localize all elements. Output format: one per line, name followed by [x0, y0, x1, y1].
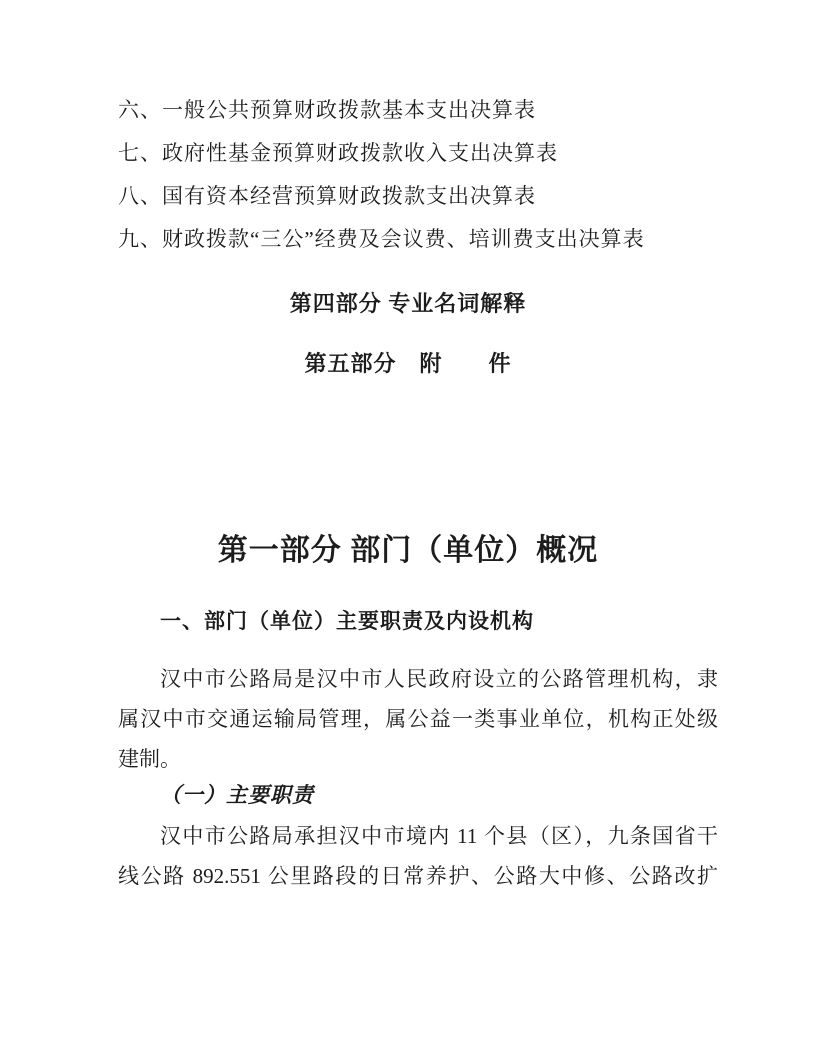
paragraph-line: 汉中市公路局承担汉中市境内 11 个县（区），九条国省干 [118, 816, 718, 856]
paragraph-1: 汉中市公路局是汉中市人民政府设立的公路管理机构，隶 属汉中市交通运输局管理，属公… [118, 659, 718, 779]
paragraph-2: 汉中市公路局承担汉中市境内 11 个县（区），九条国省干 线公路 892.551… [118, 816, 718, 896]
subsection-heading-1: （一）主要职责 [118, 775, 718, 815]
toc-item-9: 九、财政拨款“三公”经费及会议费、培训费支出决算表 [118, 218, 718, 261]
document-page: 六、一般公共预算财政拨款基本支出决算表 七、政府性基金预算财政拨款收入支出决算表… [0, 0, 816, 1056]
toc-item-8: 八、国有资本经营预算财政拨款支出决算表 [118, 175, 718, 218]
toc-item-6: 六、一般公共预算财政拨款基本支出决算表 [118, 89, 718, 132]
part5-heading: 第五部分 附 件 [0, 342, 816, 385]
toc-item-7: 七、政府性基金预算财政拨款收入支出决算表 [118, 132, 718, 175]
paragraph-line: 线公路 892.551 公里路段的日常养护、公路大中修、公路改扩 [118, 856, 718, 896]
paragraph-line: 属汉中市交通运输局管理，属公益一类事业单位，机构正处级 [118, 699, 718, 739]
part4-heading: 第四部分 专业名词解释 [0, 282, 816, 325]
part1-title: 第一部分 部门（单位）概况 [0, 526, 816, 576]
section-heading-1: 一、部门（单位）主要职责及内设机构 [118, 600, 718, 643]
paragraph-line: 汉中市公路局是汉中市人民政府设立的公路管理机构，隶 [118, 659, 718, 699]
paragraph-line: 建制。 [118, 739, 718, 779]
table-of-contents: 六、一般公共预算财政拨款基本支出决算表 七、政府性基金预算财政拨款收入支出决算表… [118, 89, 718, 261]
